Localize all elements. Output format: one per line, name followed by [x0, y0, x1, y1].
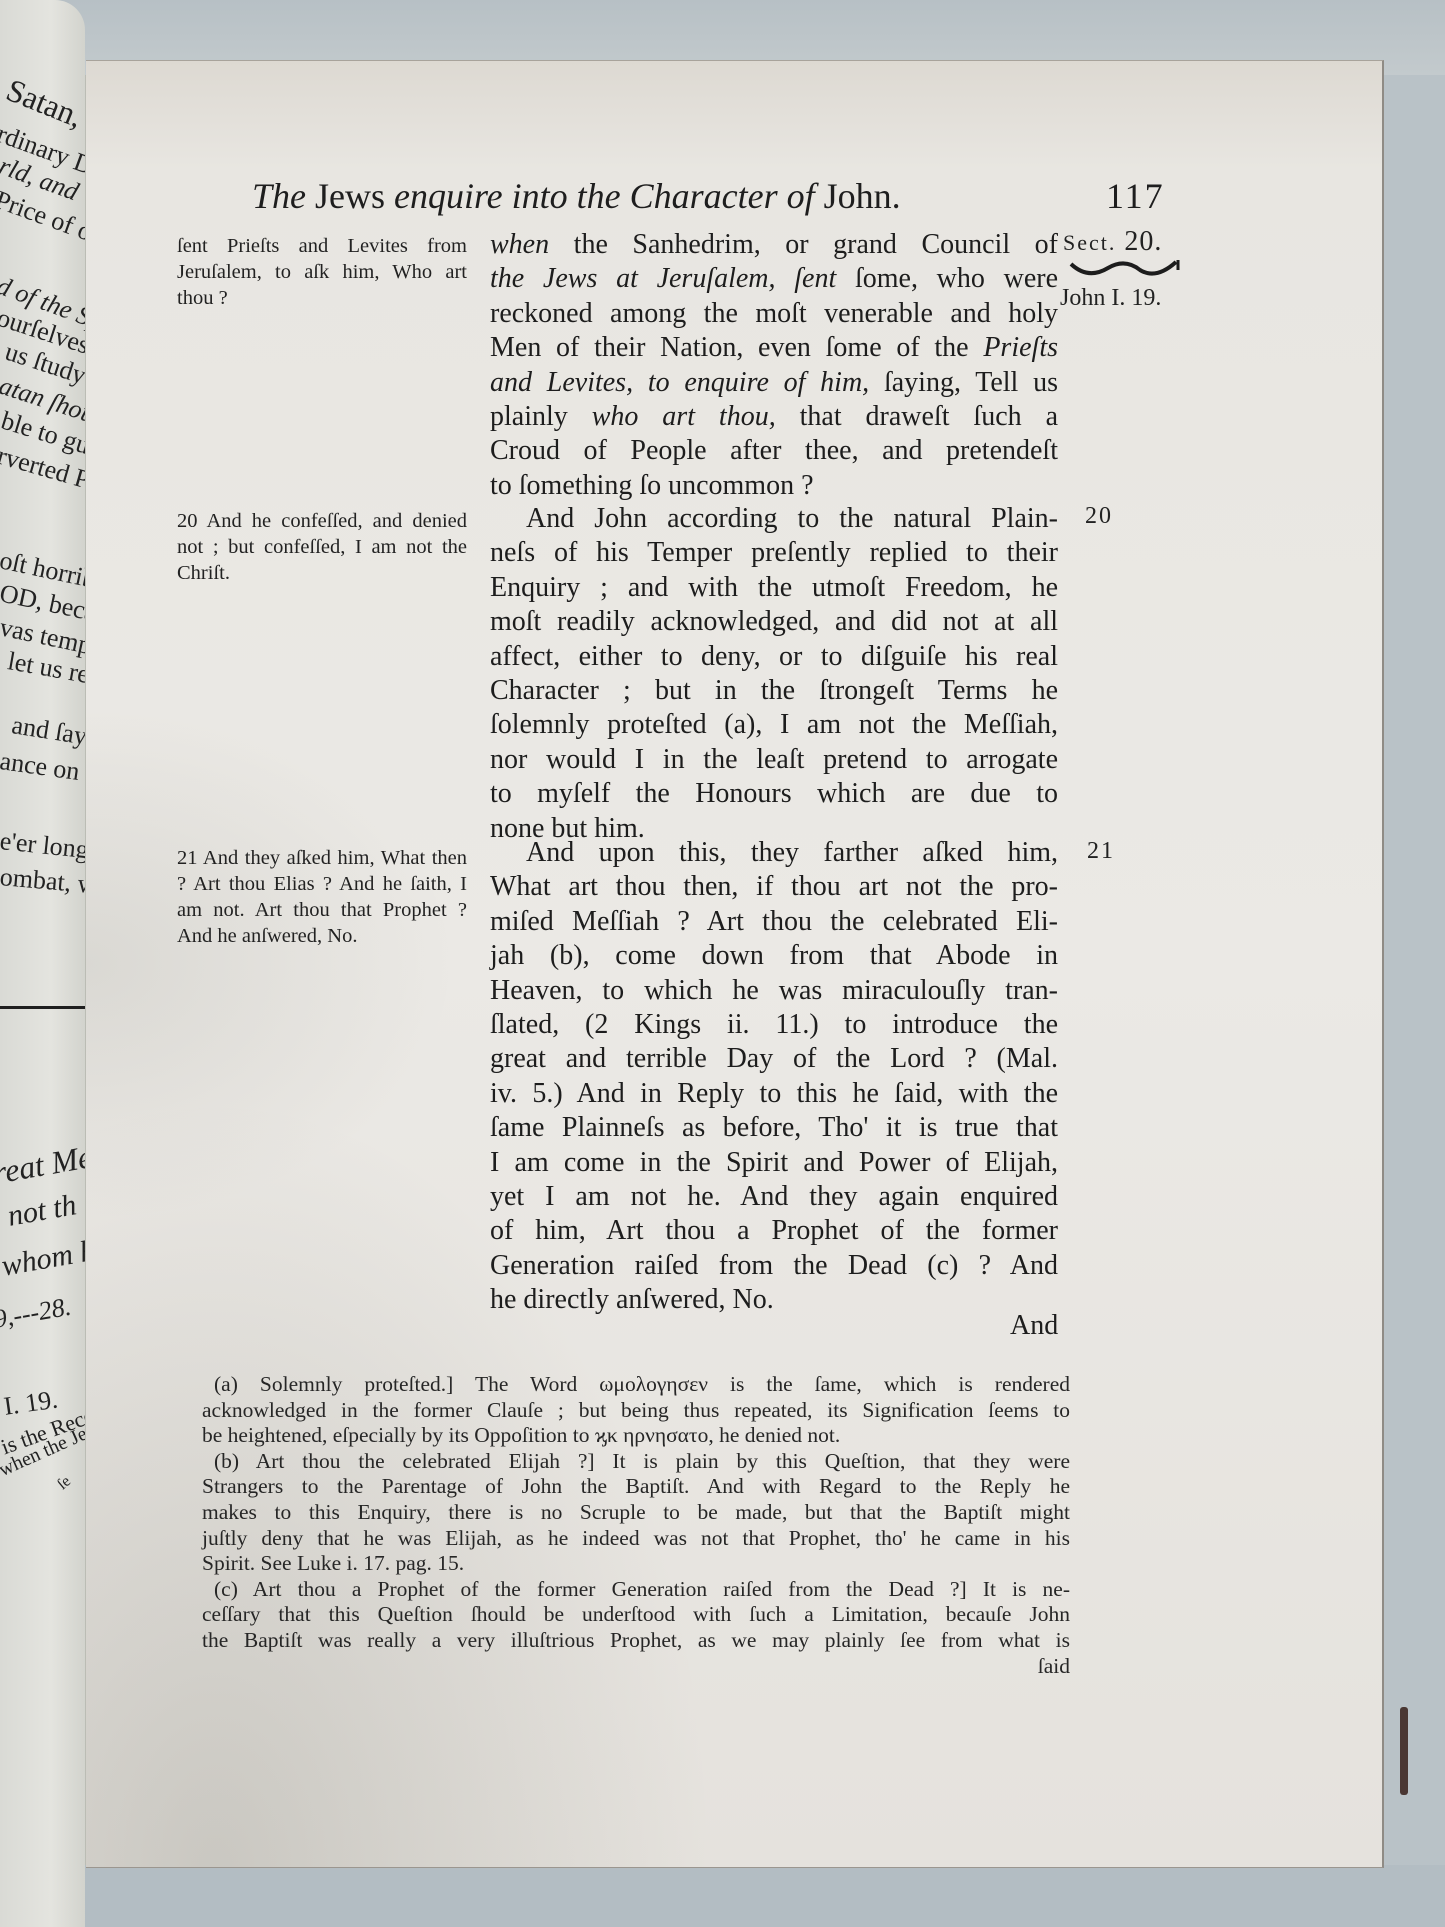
footnote-a-line: be heightened, eſpecially by its Oppoſit… [202, 1423, 1070, 1449]
running-head-john: John. [824, 176, 901, 216]
facing-text: not th [5, 1188, 79, 1233]
facing-text: ombat, w [0, 862, 85, 900]
facing-text: ance on h [0, 746, 85, 790]
brace-ornament-icon [1068, 258, 1183, 282]
paraphrase-line: ſolemnly proteſted (a), I am not the Meſ… [490, 708, 1058, 742]
footnote-b-line: makes to this Enquiry, there is no Scrup… [202, 1500, 1070, 1526]
facing-text: e'er long [0, 826, 85, 865]
section-number: 20. [1124, 226, 1162, 257]
footnote-c-line: the Baptiſt was really a very illuſtriou… [202, 1628, 1070, 1654]
backdrop-bottom [0, 1865, 1445, 1927]
paraphrase-line: miſed Meſſiah ? Art thou the celebrated … [490, 905, 1058, 939]
paraphrase-line: affect, either to deny, or to diſguiſe h… [490, 640, 1058, 674]
running-head-jews: Jews [315, 176, 385, 216]
facing-text: whom h [0, 1234, 85, 1284]
footnote-c-line: ceſſary that this Queſtion ſhould be und… [202, 1602, 1070, 1628]
facing-text: reat Me [0, 1138, 85, 1192]
para-text: when [490, 229, 549, 260]
running-head: The Jews enquire into the Character of J… [252, 175, 901, 217]
footnote-b-line: juſtly deny that he was Elijah, as he in… [202, 1526, 1070, 1552]
paraphrase-paragraph-2: And John according to the natural Plain-… [490, 502, 1058, 846]
running-head-middle: enquire into the Character of [394, 176, 815, 216]
footnote-b-line: Spirit. See Luke i. 17. pag. 15. [202, 1551, 1070, 1577]
paraphrase-line: he directly anſwered, No. [490, 1283, 1058, 1317]
footnote-a-line: (a) Solemnly proteſted.] The Word ωμολογ… [202, 1372, 1070, 1398]
paraphrase-paragraph-1: when the Sanhedrim, or grand Council of … [490, 228, 1058, 503]
paraphrase-line: And upon this, they farther aſked him, [490, 836, 1058, 870]
footnote-catchword: ſaid [202, 1654, 1070, 1680]
facing-page-rule [0, 1006, 85, 1009]
section-label-text: Sect. [1063, 230, 1116, 255]
running-head-the: The [252, 176, 306, 216]
page-number: 117 [1106, 175, 1165, 217]
page-tab [1400, 1707, 1408, 1795]
verse-number-21: 21 [1087, 838, 1115, 865]
footnotes: (a) Solemnly proteſted.] The Word ωμολογ… [202, 1372, 1070, 1679]
footnote-b-line: (b) Art thou the celebrated Elijah ?] It… [202, 1449, 1070, 1475]
footnote-a-line: acknowledged in the former Clauſe ; but … [202, 1398, 1070, 1424]
paraphrase-line: great and terrible Day of the Lord ? (Ma… [490, 1042, 1058, 1076]
paraphrase-line: of him, Art thou a Prophet of the former [490, 1214, 1058, 1248]
kjv-verse-20: 20 And he confeſſed, and denied not ; bu… [177, 508, 467, 586]
paraphrase-line: ſlated, (2 Kings ii. 11.) to introduce t… [490, 1008, 1058, 1042]
facing-text: and ſay i [10, 710, 85, 754]
paraphrase-line: neſs of his Temper preſently replied to … [490, 536, 1058, 570]
paraphrase-line: nor would I in the leaſt pretend to arro… [490, 743, 1058, 777]
paraphrase-line: moſt readily acknowledged, and did not a… [490, 605, 1058, 639]
paraphrase-line: ſame Plainneſs as before, Tho' it is tru… [490, 1111, 1058, 1145]
paraphrase-line: Character ; but in the ſtrongeſt Terms h… [490, 674, 1058, 708]
footnote-c-line: (c) Art thou a Prophet of the former Gen… [202, 1577, 1070, 1603]
kjv-verse-21: 21 And they aſked him, What then ? Art t… [177, 845, 467, 949]
paraphrase-line: Generation raiſed from the Dead (c) ? An… [490, 1249, 1058, 1283]
paraphrase-line: to myſelf the Honours which are due to [490, 777, 1058, 811]
facing-text: ſe [54, 1473, 74, 1494]
paraphrase-line: What art thou then, if thou art not the … [490, 870, 1058, 904]
facing-page: Satan, rdinary D rld, and Price of o d o… [0, 0, 85, 1927]
paraphrase-line: jah (b), come down from that Abode in [490, 939, 1058, 973]
paraphrase-paragraph-3: And upon this, they farther aſked him, W… [490, 836, 1058, 1318]
paraphrase-line: And John according to the natural Plain- [490, 502, 1058, 536]
paraphrase-line: Enquiry ; and with the utmoſt Freedom, h… [490, 571, 1058, 605]
section-label: Sect. 20. [1063, 226, 1162, 258]
paraphrase-line: I am come in the Spirit and Power of Eli… [490, 1146, 1058, 1180]
kjv-verse-19: ſent Prieſts and Levites from Jeruſalem,… [177, 233, 467, 311]
paraphrase-line: Heaven, to which he was miraculouſly tra… [490, 974, 1058, 1008]
facing-text: 9,---28. [0, 1292, 73, 1335]
footnote-b-line: Strangers to the Parentage of John the B… [202, 1474, 1070, 1500]
paraphrase-line: yet I am not he. And they again enquired [490, 1180, 1058, 1214]
paraphrase-line: iv. 5.) And in Reply to this he ſaid, wi… [490, 1077, 1058, 1111]
verse-number-20: 20 [1085, 503, 1113, 530]
catchword: And [1010, 1310, 1058, 1342]
scripture-reference: John I. 19. [1060, 285, 1161, 312]
